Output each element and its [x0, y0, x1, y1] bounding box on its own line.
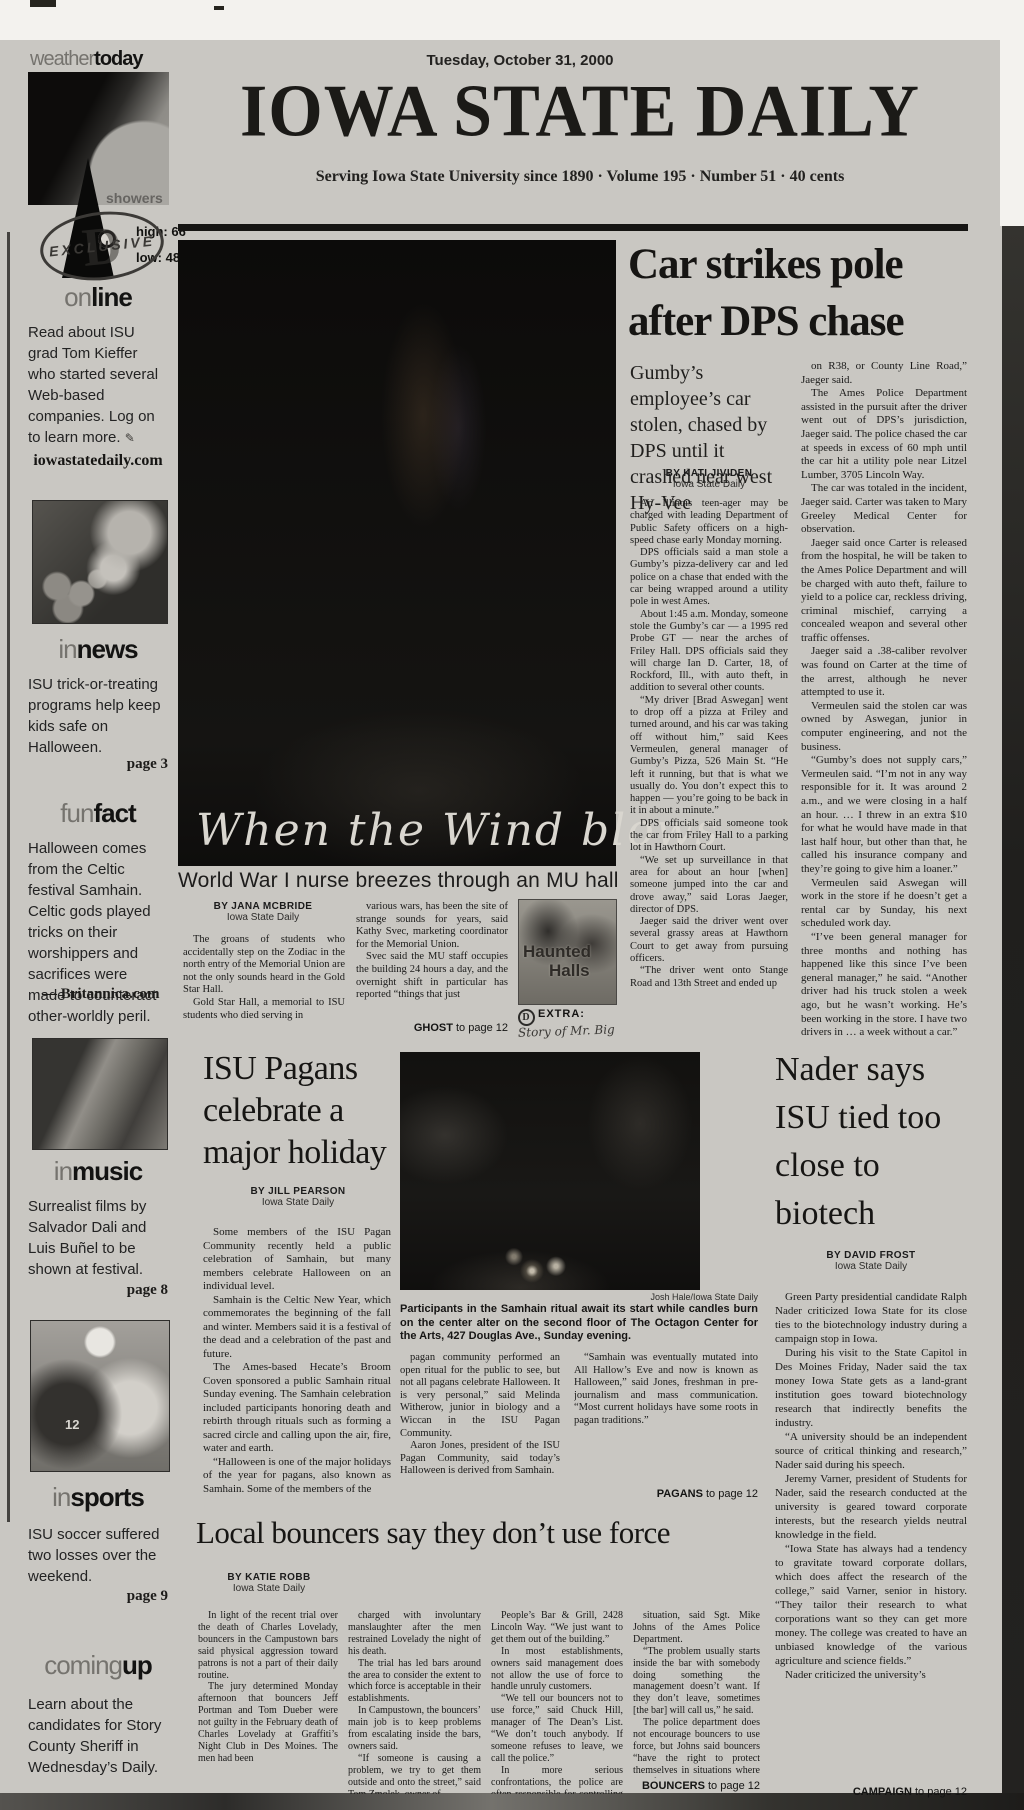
masthead-rule [178, 224, 968, 231]
scan-speck [214, 6, 224, 10]
ghost-story-photo: When the Wind blows [178, 240, 616, 866]
section-heading-comingup: comingup [28, 1650, 168, 1681]
nader-headline: Nader says ISU tied too close to biotech [775, 1046, 973, 1238]
daily-d-icon: D [518, 1009, 535, 1026]
section-heading-innews: innews [28, 634, 168, 665]
scan-edge-top [0, 0, 1024, 40]
section-heading-funfact: funfact [28, 798, 168, 829]
section-heading-inmusic: inmusic [28, 1156, 168, 1187]
ghost-subhead: World War I nurse breezes through an MU … [178, 869, 618, 893]
insports-page-ref[interactable]: page 9 [28, 1588, 168, 1605]
pencil-icon: ✎ [125, 431, 135, 445]
scan-speck [30, 0, 56, 7]
extra-story-title: Story of Mr. Big [518, 1022, 618, 1039]
dps-headline: Car strikes pole after DPS chase [628, 236, 973, 350]
bouncers-headline: Local bouncers say they don’t use force [196, 1514, 762, 1552]
haunted-halls-label: Haunted Halls [523, 942, 611, 980]
bouncers-byline: BY KATIE ROBBIowa State Daily [198, 1572, 340, 1594]
dps-article-column-1: An Illinois teen-ager may be charged wit… [630, 498, 788, 1036]
newspaper-tagline: Serving Iowa State University since 1890… [190, 168, 970, 186]
dps-byline: BY KATI JIVIDENIowa State Daily [630, 468, 788, 490]
dps-article-column-2: on R38, or County Line Road,” Jaeger sai… [801, 360, 967, 1036]
photo-credit: Josh Hale/Iowa State Daily [480, 1292, 758, 1302]
scan-edge-right [1002, 226, 1024, 1810]
inmusic-page-ref[interactable]: page 8 [28, 1282, 168, 1299]
comingup-promo-text: Learn about the candidates for Story Cou… [28, 1694, 168, 1778]
haunted-halls-promo-image: Haunted Halls [518, 899, 617, 1005]
pagans-jump-line[interactable]: PAGANS to page 12 [574, 1488, 758, 1500]
innews-promo-text: ISU trick-or-treating programs help keep… [28, 674, 168, 758]
photo-caption: Participants in the Samhain ritual await… [400, 1303, 758, 1344]
funfact-attribution: — Britannica.com [28, 986, 182, 1003]
ghost-article-column-1: The groans of students who accidentally … [183, 934, 345, 1036]
online-promo-text: Read about ISU grad Tom Kieffer who star… [28, 322, 168, 449]
nader-article-column: Green Party presidential candidate Ralph… [775, 1290, 967, 1784]
pagans-article-column-3: “Samhain was eventually mutated into All… [574, 1352, 758, 1484]
weather-image: showers high: 66 low: 48 [28, 72, 169, 205]
insports-photo: 12 [30, 1320, 170, 1472]
weather-condition: showers [106, 190, 186, 206]
scan-edge-left [7, 232, 10, 1522]
pagans-article-column-1: Some members of the ISU Pagan Community … [203, 1226, 391, 1506]
section-heading-insports: insports [28, 1482, 168, 1513]
pagans-headline: ISU Pagans celebrate a major holiday [203, 1048, 421, 1174]
bouncers-article-column-3: People’s Bar & Grill, 2428 Lincoln Way. … [491, 1610, 623, 1794]
bouncers-article-column-1: In light of the recent trial over the de… [198, 1610, 338, 1794]
newspaper-title: IOWA STATE DAILY [190, 70, 970, 155]
ghost-jump-line[interactable]: GHOST to page 12 [356, 1022, 508, 1034]
dps-deck: Gumby’s employee’s car stolen, chased by… [630, 360, 788, 516]
bouncers-jump-line[interactable]: BOUNCERS to page 12 [633, 1780, 760, 1792]
nader-byline: BY DAVID FROSTIowa State Daily [775, 1250, 967, 1272]
innews-page-ref[interactable]: page 3 [28, 756, 168, 773]
bouncers-article-column-2: charged with involuntary manslaughter af… [348, 1610, 481, 1794]
exclusive-badge-icon: D EXCLUSIVE [37, 206, 167, 287]
bouncers-article-column-4: situation, said Sgt. Mike Johns of the A… [633, 1610, 760, 1778]
pagans-article-column-2: pagan community performed an open ritual… [400, 1352, 560, 1504]
scan-edge-right-top [1000, 0, 1024, 226]
newspaper-page: weathertoday showers high: 66 low: 48 Tu… [0, 0, 1024, 1810]
pagans-byline: BY JILL PEARSONIowa State Daily [203, 1186, 393, 1208]
section-heading-online: online [28, 282, 168, 313]
ghost-article-column-2: various wars, has been the site of stran… [356, 901, 508, 1019]
ghost-byline: BY JANA MCBRIDEIowa State Daily [183, 901, 343, 923]
jersey-number: 12 [65, 1417, 79, 1432]
insports-promo-text: ISU soccer suffered two losses over the … [28, 1524, 168, 1587]
website-url[interactable]: iowastatedaily.com [28, 452, 168, 470]
innews-photo [32, 500, 168, 624]
inmusic-promo-text: Surrealist films by Salvador Dali and Lu… [28, 1196, 168, 1280]
issue-date: Tuesday, October 31, 2000 [130, 52, 910, 69]
inmusic-photo [32, 1038, 168, 1150]
nader-jump-line[interactable]: CAMPAIGN to page 12 [775, 1786, 967, 1798]
samhain-ritual-photo [400, 1052, 700, 1290]
